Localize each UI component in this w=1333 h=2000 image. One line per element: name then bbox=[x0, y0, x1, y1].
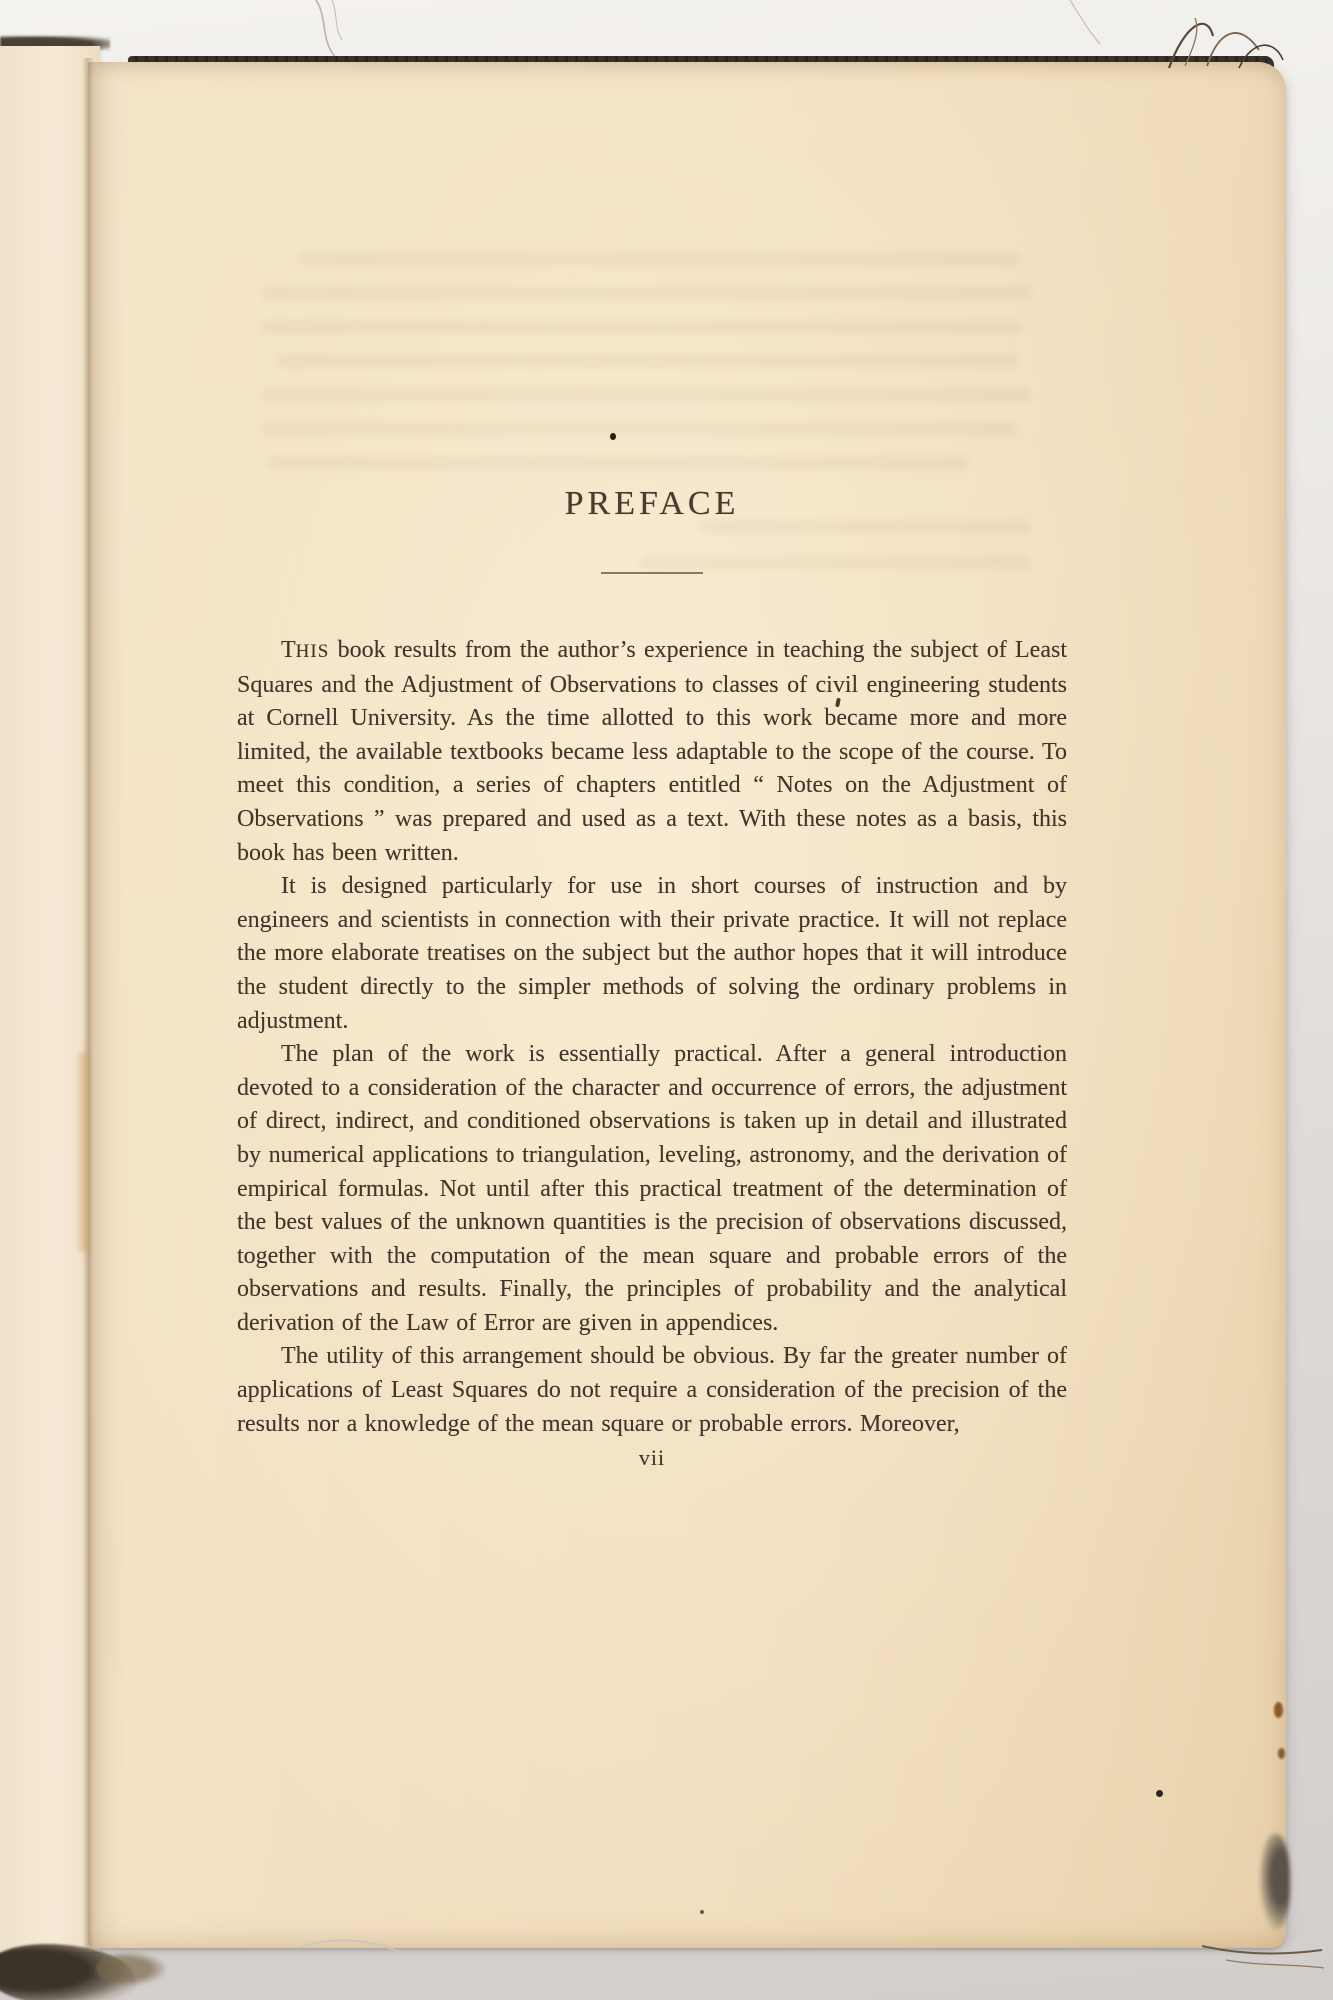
frayed-threads-top-right bbox=[1155, 6, 1295, 78]
ink-speck bbox=[610, 433, 616, 440]
gutter-stain bbox=[79, 1052, 88, 1252]
preface-text: PREFACE THIS book results from the autho… bbox=[237, 484, 1067, 1475]
binding-fray-bottom-left-light bbox=[96, 1952, 166, 1986]
loose-thread-bottom-left bbox=[292, 1922, 407, 1964]
lead-initial: T bbox=[281, 637, 296, 663]
paragraph-text: book results from the author’s experienc… bbox=[237, 637, 1067, 866]
loose-thread-bottom-right bbox=[1196, 1928, 1331, 1978]
loose-thread-top-right bbox=[1058, 0, 1118, 50]
preface-paragraph: The plan of the work is essentially prac… bbox=[237, 1038, 1067, 1340]
preface-paragraph: The utility of this arrangement should b… bbox=[237, 1340, 1067, 1441]
ink-speck bbox=[1156, 1790, 1163, 1797]
title-rule bbox=[601, 572, 703, 574]
preface-paragraph: THIS book results from the author’s expe… bbox=[237, 634, 1067, 870]
preface-paragraph: It is designed particularly for use in s… bbox=[237, 870, 1067, 1038]
page-number: vii bbox=[237, 1441, 1067, 1475]
gutter-crease bbox=[82, 58, 94, 1950]
edge-nick bbox=[1278, 1748, 1285, 1759]
ink-speck bbox=[700, 1910, 704, 1914]
edge-nick bbox=[1274, 1702, 1283, 1718]
lead-smallcaps: HIS bbox=[296, 641, 330, 662]
book-photo: PREFACE THIS book results from the autho… bbox=[0, 0, 1333, 2000]
edge-fray-right bbox=[1260, 1834, 1290, 1930]
page-title: PREFACE bbox=[237, 484, 1067, 524]
